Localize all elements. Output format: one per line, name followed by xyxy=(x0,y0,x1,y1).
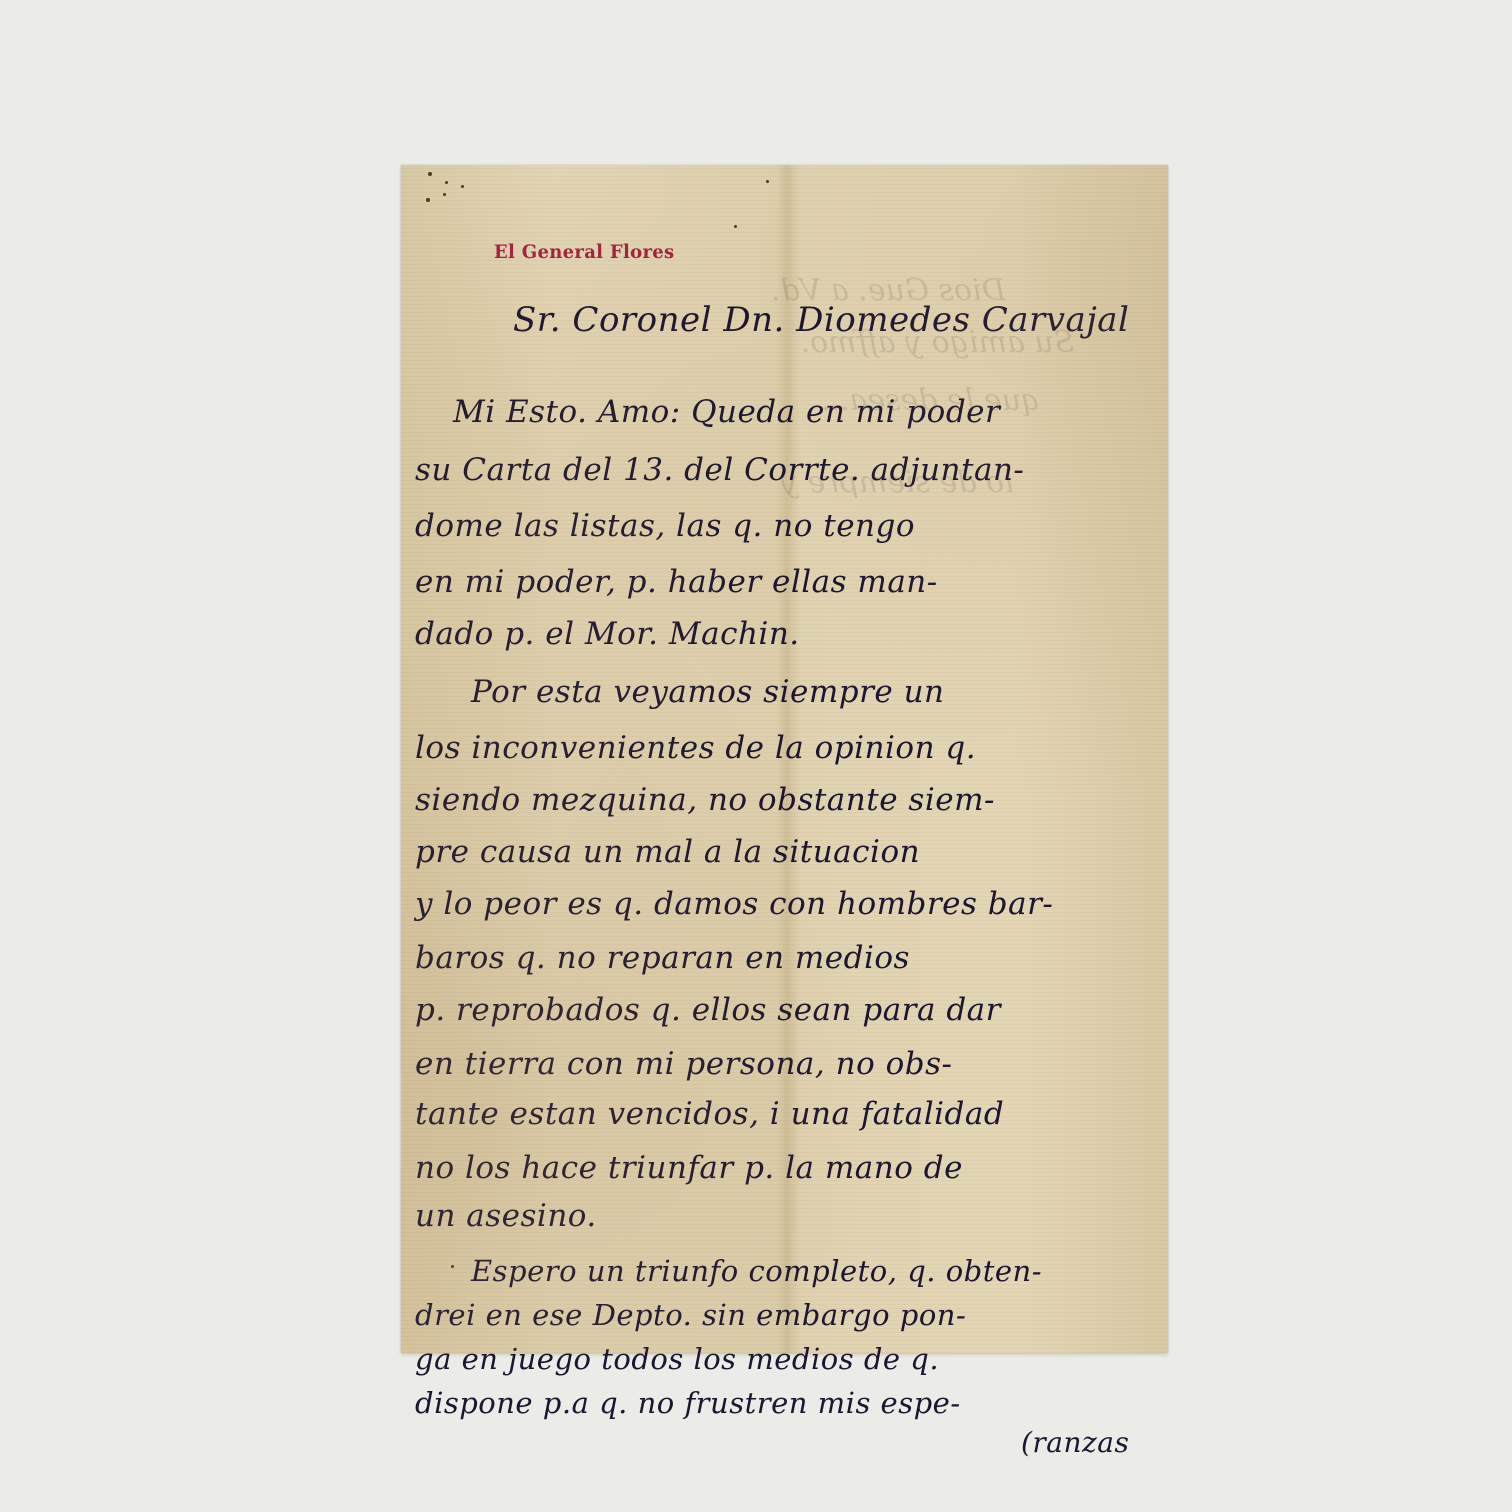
letter-line: dome las listas, las q. no tengo xyxy=(415,511,915,542)
letter-line: tante estan vencidos, i una fatalidad xyxy=(415,1099,1004,1130)
letter-line: Mi Esto. Amo: Queda en mi poder xyxy=(453,397,1000,428)
letter-line: su Carta del 13. del Corrte. adjuntan- xyxy=(415,455,1024,486)
letter-line: drei en ese Depto. sin embargo pon- xyxy=(415,1301,966,1330)
letter-line: no los hace triunfar p. la mano de xyxy=(415,1153,963,1184)
letter-line: Espero un triunfo completo, q. obten- xyxy=(471,1257,1042,1286)
letter-line: p. reprobados q. ellos sean para dar xyxy=(415,995,1001,1026)
letter-line: dispone p.a q. no frustren mis espe- xyxy=(415,1389,961,1418)
letter-line: un asesino. xyxy=(415,1201,597,1232)
letter-line: siendo mezquina, no obstante siem- xyxy=(415,785,995,816)
letter-line: pre causa un mal a la situacion xyxy=(415,837,920,868)
letter-line: baros q. no reparan en medios xyxy=(415,943,910,974)
letter-line: en tierra con mi persona, no obs- xyxy=(415,1049,952,1080)
letter-line: ga en juego todos los medios de q. xyxy=(415,1345,939,1374)
addressee-line: Sr. Coronel Dn. Diomedes Carvajal xyxy=(513,303,1129,337)
letter-line: dado p. el Mor. Machin. xyxy=(415,619,800,650)
letter-line: en mi poder, p. haber ellas man- xyxy=(415,567,938,598)
letter-line: y lo peor es q. damos con hombres bar- xyxy=(415,889,1053,920)
letter-line: Por esta veyamos siempre un xyxy=(471,677,945,708)
catchword: (ranzas xyxy=(1021,1429,1129,1457)
letter-sheet: Dios Gue. a Vd. Su amigo y affmo. que le… xyxy=(401,165,1168,1353)
letterhead: El General Flores xyxy=(494,241,674,263)
letter-line: los inconvenientes de la opinion q. xyxy=(415,733,976,764)
